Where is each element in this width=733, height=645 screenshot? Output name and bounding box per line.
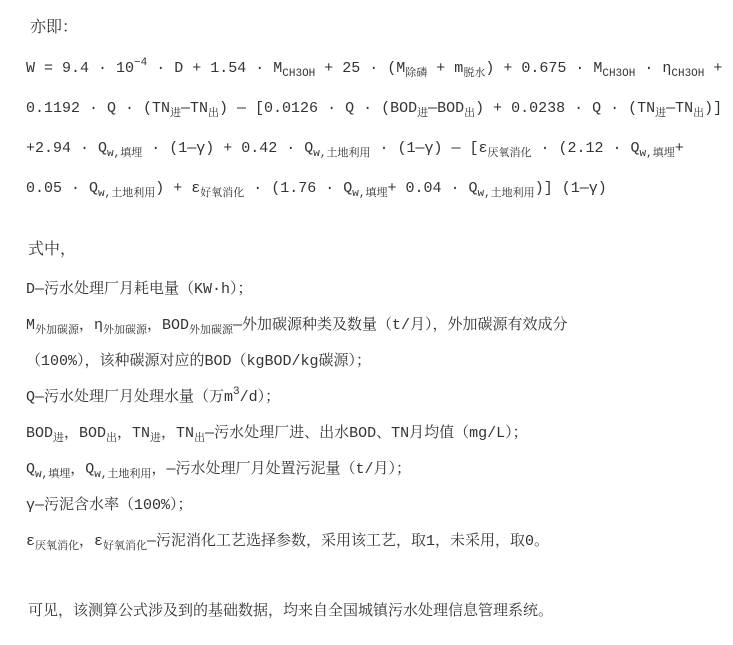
formula-line-4: 0.05 · Qw,土地利用) + ε好氧消化 · (1.76 · Qw,填埋+…	[26, 177, 717, 200]
formula-line-1: W = 9.4 · 10−4 · D + 1.54 · MCH3OH + 25 …	[26, 57, 717, 80]
definition-line-water-volume: Q—污水处理厂月处理水量（万m3/d）；	[26, 387, 717, 409]
formula-block: W = 9.4 · 10−4 · D + 1.54 · MCH3OH + 25 …	[26, 57, 717, 200]
definition-list: D—污水处理厂月耗电量（KW·h）； M外加碳源，η外加碳源，BOD外加碳源—外…	[26, 279, 717, 553]
document-page: 亦即： W = 9.4 · 10−4 · D + 1.54 · MCH3OH +…	[0, 0, 733, 620]
definition-line-moisture: γ—污泥含水率（100%）；	[26, 495, 717, 517]
formula-line-3: +2.94 · Qw,填埋 · (1—γ) + 0.42 · Qw,土地利用 ·…	[26, 137, 717, 160]
definition-line-bod-tn: BOD进，BOD出，TN进，TN出—污水处理厂进、出水BOD、TN月均值（mg/…	[26, 423, 717, 445]
where-clause-label: 式中，	[28, 236, 717, 259]
definition-line-sludge-volume: Qw,填埋，Qw,土地利用，—污水处理厂月处置污泥量（t/月）；	[26, 459, 717, 481]
definition-line-carbon-source: M外加碳源，η外加碳源，BOD外加碳源—外加碳源种类及数量（t/月），外加碳源有…	[26, 315, 717, 337]
formula-line-2: 0.1192 · Q · (TN进—TN出) — [0.0126 · Q · (…	[26, 97, 717, 120]
intro-label: 亦即：	[30, 14, 717, 37]
conclusion-text: 可见，该测算公式涉及到的基础数据，均来自全国城镇污水处理信息管理系统。	[28, 599, 717, 620]
definition-line-carbon-source-cont: （100%），该种碳源对应的BOD（kgBOD/kg碳源）；	[26, 351, 717, 373]
definition-line-electricity: D—污水处理厂月耗电量（KW·h）；	[26, 279, 717, 301]
definition-line-digestion-params: ε厌氧消化，ε好氧消化—污泥消化工艺选择参数，采用该工艺，取1，未采用，取0。	[26, 531, 717, 553]
